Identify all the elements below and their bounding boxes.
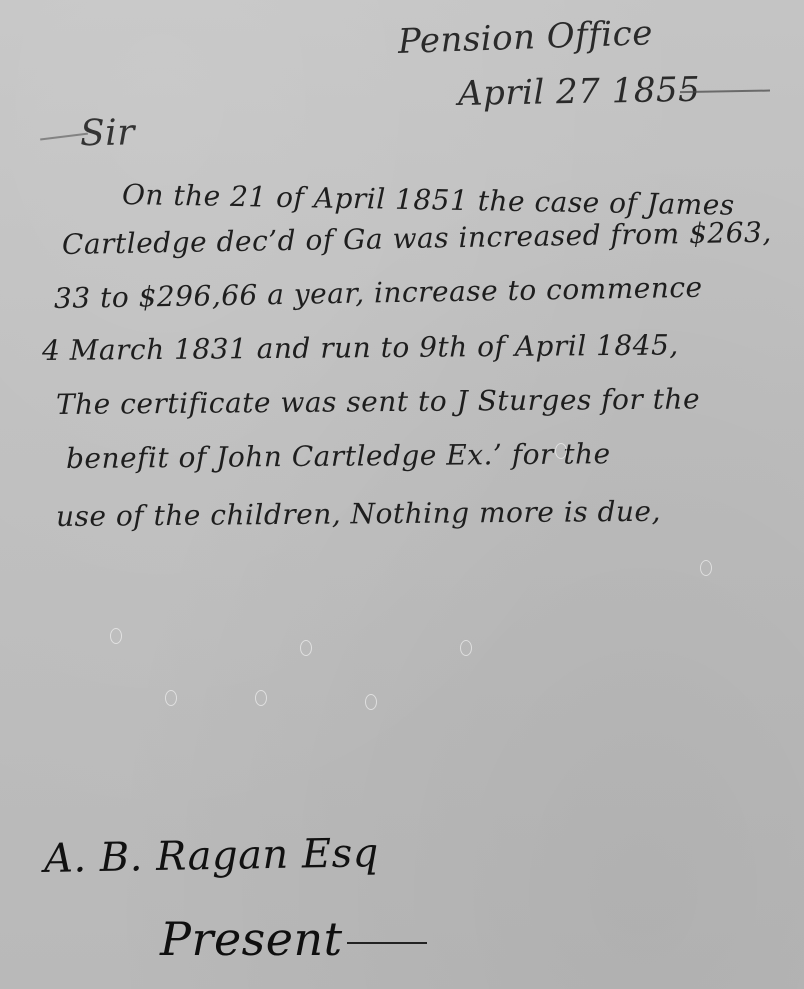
paper-speck bbox=[700, 560, 712, 576]
paper-speck bbox=[110, 628, 122, 644]
paper-speck bbox=[460, 640, 472, 656]
body-line-1: On the 21 of April 1851 the case of Jame… bbox=[122, 178, 735, 222]
addressee: A. B. Ragan Esq bbox=[44, 830, 380, 882]
body-line-6: benefit of John Cartledge Ex.’ for the bbox=[66, 437, 611, 475]
paper-speck bbox=[555, 443, 567, 459]
body-line-2: Cartledge dec’d of Ga was increased from… bbox=[62, 216, 772, 261]
date-flourish bbox=[680, 90, 770, 94]
paper-speck bbox=[365, 694, 377, 710]
closing-present: Present bbox=[160, 912, 427, 966]
closing-flourish bbox=[347, 942, 427, 944]
body-line-3: 33 to $296,66 a year, increase to commen… bbox=[54, 271, 703, 315]
letter-date-text: April 27 1855 bbox=[458, 70, 701, 114]
salutation: Sir bbox=[40, 112, 136, 155]
paper-speck bbox=[255, 690, 267, 706]
body-line-7: use of the children, Nothing more is due… bbox=[56, 495, 661, 533]
office-heading: Pension Office bbox=[397, 13, 653, 62]
salutation-text: Sir bbox=[80, 112, 136, 154]
paper-speck bbox=[300, 640, 312, 656]
closing-text: Present bbox=[160, 912, 343, 966]
body-line-5: The certificate was sent to J Sturges fo… bbox=[56, 382, 700, 421]
letter-date: April 27 1855 bbox=[458, 69, 771, 114]
letter-page: Pension Office April 27 1855 Sir On the … bbox=[0, 0, 804, 989]
body-line-4: 4 March 1831 and run to 9th of April 184… bbox=[42, 328, 679, 367]
paper-speck bbox=[165, 690, 177, 706]
